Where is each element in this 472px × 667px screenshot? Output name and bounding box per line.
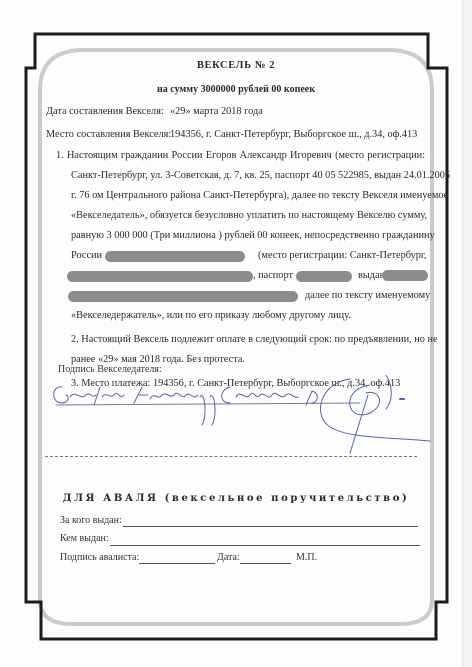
aval-stamp-label: М.П. — [296, 552, 317, 564]
handwritten-signature — [50, 375, 450, 455]
document-page: ВЕКСЕЛЬ № 2 на сумму 3000000 рублей 00 к… — [0, 0, 472, 667]
clause1-line1: 1. Настоящим гражданин России Егоров Але… — [56, 150, 425, 162]
redacted-passport — [296, 271, 352, 282]
redacted-address — [67, 271, 253, 282]
clause1-line6-end: (место регистрации: Санкт-Петербург, — [258, 250, 425, 262]
section-divider — [45, 456, 417, 457]
clause1-line8-end: далее по тексту именуемому — [305, 290, 425, 302]
place-label: Место составления Векселя: — [46, 129, 171, 141]
clause1-line9: «Векселедержатель», или по его приказу л… — [71, 310, 351, 322]
bill-title: ВЕКСЕЛЬ № 2 — [0, 60, 472, 72]
clause2-line1: 2. Настоящий Вексель подлежит оплате в с… — [71, 334, 425, 346]
clause1-line2: Санкт-Петербург, ул. 3-Советская, д. 7, … — [71, 170, 425, 182]
aval-for-whom-field[interactable] — [123, 526, 418, 527]
bill-subtitle: на сумму 3000000 рублей 00 копеек — [0, 84, 472, 96]
clause1-line5: равную 3 000 000 (Три миллиона ) рублей … — [71, 230, 425, 242]
clause1-line6-start: России — [71, 250, 102, 262]
redacted-issued-date — [382, 270, 428, 281]
aval-date-label: Дата: — [217, 552, 240, 564]
aval-date-field[interactable] — [240, 563, 291, 564]
aval-by-whom-label: Кем выдан: — [60, 533, 109, 545]
clause1-line7-passport: , паспорт — [253, 270, 293, 282]
aval-for-whom-label: За кого выдан: — [60, 515, 122, 527]
redacted-issuer — [68, 291, 298, 302]
aval-by-whom-field[interactable] — [110, 545, 420, 546]
date-value: «29» марта 2018 года — [170, 106, 263, 118]
redacted-name — [105, 251, 245, 262]
aval-signature-label: Подпись авалиста: — [60, 552, 139, 564]
place-value: 194356, г. Санкт-Петербург, Выборгское ш… — [170, 129, 417, 141]
aval-signature-field[interactable] — [139, 563, 215, 564]
clause1-line3: г. 76 ом Центрального района Санкт-Петер… — [71, 190, 425, 202]
date-label: Дата составления Векселя: — [46, 106, 164, 118]
aval-heading: ДЛЯ АВАЛЯ (вексельное поручительство) — [0, 493, 472, 505]
clause1-line4: «Векселедатель», обязуется безусловно уп… — [71, 210, 425, 222]
